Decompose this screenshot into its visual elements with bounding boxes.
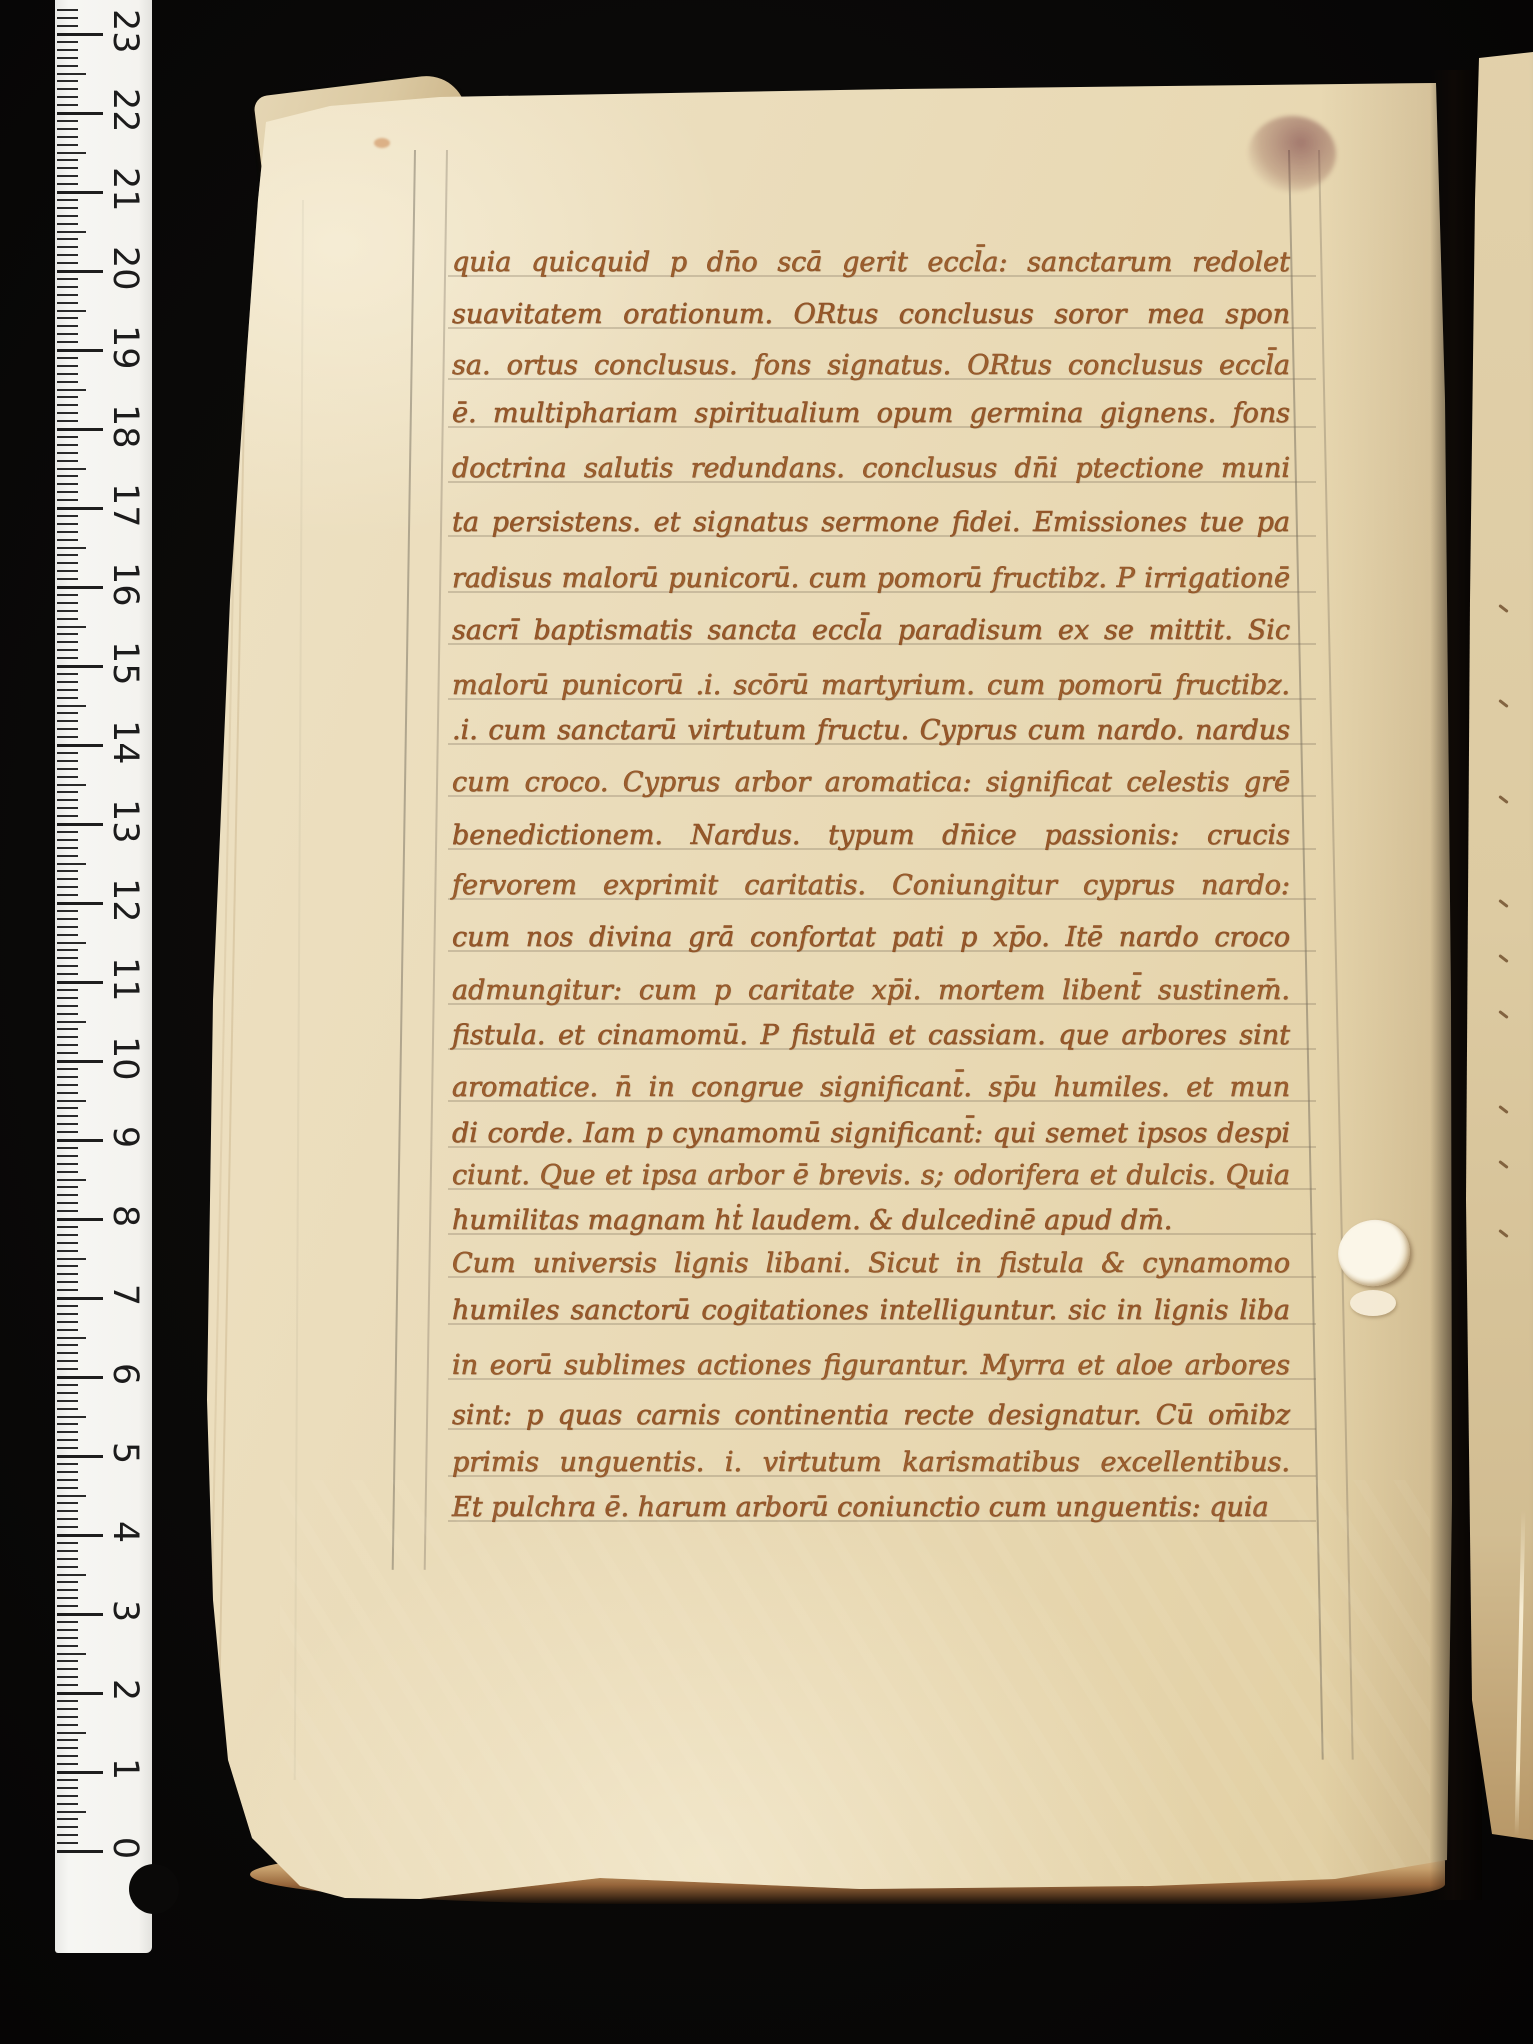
ruler-tick — [57, 1408, 78, 1410]
ruler-tick — [57, 65, 78, 67]
ruler-tick — [57, 1668, 78, 1670]
ruler-number: 4 — [105, 1510, 145, 1554]
ruler-tick — [57, 136, 78, 138]
ruler-tick — [57, 199, 78, 201]
ruler-number: 23 — [105, 9, 145, 53]
ruler-number: 18 — [105, 404, 145, 448]
ruler-tick — [57, 1581, 78, 1583]
ruler-tick — [57, 1321, 78, 1323]
ruler-tick — [57, 1281, 78, 1283]
ruler-tick — [57, 878, 78, 880]
ruler-tick — [57, 902, 103, 905]
ruler-tick — [57, 33, 103, 36]
ruler-tick — [57, 1344, 78, 1346]
parchment-hole — [1332, 1213, 1416, 1293]
ruler-tick — [57, 886, 78, 888]
ruler-tick — [57, 934, 78, 936]
ruler-number: 10 — [105, 1036, 145, 1080]
ruler-tick — [57, 1439, 78, 1441]
ruler-tick — [57, 665, 103, 668]
ruler-tick — [57, 531, 78, 533]
ruler-tick — [57, 1392, 78, 1394]
ruler-tick — [57, 112, 103, 115]
ruler-tick — [57, 1076, 78, 1078]
ruler-tick — [57, 144, 78, 146]
ruler-tick — [57, 594, 78, 596]
ruler-tick — [57, 365, 78, 367]
manuscript-line: ē. multiphariam spiritualium opum germin… — [452, 394, 1290, 440]
ruler-tick — [57, 175, 78, 177]
ruler-number: 15 — [105, 641, 145, 685]
ruler-tick — [57, 1273, 78, 1275]
manuscript-page: quia quicquid p dn̄o scā gerit eccl̄a: s… — [0, 0, 1533, 2044]
ruler-tick — [57, 1542, 78, 1544]
ruler-number: 5 — [105, 1431, 145, 1475]
ink-stain — [1248, 116, 1336, 192]
ruler-tick — [57, 1558, 78, 1560]
ruler-tick — [57, 1431, 78, 1433]
ruler-tick — [57, 1329, 78, 1331]
ruler-tick — [57, 373, 78, 375]
ruler-tick — [57, 104, 78, 106]
ruler-tick — [57, 578, 78, 580]
ruler-tick — [57, 910, 78, 912]
manuscript-line: benedictionem. Nardus. typum dn̄ice pass… — [452, 816, 1290, 862]
ruler-tick — [57, 1629, 78, 1631]
ruler-tick — [57, 17, 78, 19]
ruler-tick — [57, 870, 78, 872]
ruler-tick — [57, 626, 86, 628]
ruler-tick — [57, 1100, 86, 1102]
ruler-tick — [57, 128, 78, 130]
ruler-tick — [57, 1186, 78, 1188]
ruler-tick — [57, 1811, 86, 1813]
ruler-tick — [57, 167, 78, 169]
ruler-tick — [57, 1526, 78, 1528]
ruler-tick — [57, 1787, 78, 1789]
ruler-tick — [57, 633, 78, 635]
ruler-tick — [57, 491, 78, 493]
ruler-tick — [57, 1147, 78, 1149]
ruler-tick — [57, 863, 86, 865]
ruler-tick — [57, 720, 78, 722]
manuscript-line: Cum universis lignis libani. Sicut in fi… — [452, 1244, 1290, 1290]
ruler-tick — [57, 1795, 78, 1797]
ruler-tick — [57, 1518, 78, 1520]
ruler-tick — [57, 1747, 78, 1749]
ruler-number: 22 — [105, 88, 145, 132]
ruler-tick — [57, 618, 78, 620]
ruler-tick — [57, 341, 78, 343]
ruler-tick — [57, 1779, 78, 1781]
ruler-tick — [57, 460, 78, 462]
ruler-tick — [57, 1194, 78, 1196]
ruler-tick — [57, 317, 78, 319]
ruler-tick — [57, 404, 78, 406]
ruler-tick — [57, 918, 78, 920]
ruler-tick — [57, 444, 78, 446]
ruler-tick — [57, 1447, 78, 1449]
ruler-number: 11 — [105, 957, 145, 1001]
ruler-tick — [57, 1265, 78, 1267]
ruler-tick — [57, 1676, 78, 1678]
ruler-tick — [57, 41, 78, 43]
ruler-tick — [57, 1732, 86, 1734]
manuscript-line: quia quicquid p dn̄o scā gerit eccl̄a: s… — [452, 243, 1290, 289]
ruler-tick — [57, 80, 78, 82]
ruler-tick — [57, 333, 78, 335]
ruler-tick — [57, 839, 78, 841]
ruler-tick — [57, 412, 78, 414]
ruler-tick — [57, 88, 78, 90]
ruler-tick — [57, 1337, 86, 1339]
ruler-tick — [57, 1131, 78, 1133]
ruler-tick — [57, 1352, 78, 1354]
ruler-tick — [57, 562, 78, 564]
ruler-tick — [57, 1692, 103, 1695]
ruler-number: 14 — [105, 720, 145, 764]
ruler-tick — [57, 1739, 78, 1741]
manuscript-line: admungitur: cum p caritate xp̄i. mortem … — [452, 971, 1290, 1017]
ruler-tick — [57, 1660, 78, 1662]
parchment-patch — [1350, 1290, 1396, 1316]
ruler-notch — [129, 1864, 179, 1914]
ruler-tick — [57, 1313, 78, 1315]
ruler-tick — [57, 1637, 78, 1639]
ruler-tick — [57, 1605, 78, 1607]
ruler-tick — [57, 1495, 86, 1497]
ruler-tick — [57, 965, 78, 967]
manuscript-line: sint: p quas carnis continentia recte de… — [452, 1396, 1290, 1442]
ruler-tick — [57, 657, 78, 659]
ruler-tick — [57, 1139, 103, 1142]
ruler-tick — [57, 310, 86, 312]
ruler-tick — [57, 223, 78, 225]
ruler-tick — [57, 1566, 78, 1568]
ruler-tick — [57, 981, 103, 984]
ruler-tick — [57, 207, 78, 209]
manuscript-line: in eorū sublimes actiones figurantur. My… — [452, 1346, 1290, 1392]
ruler-tick — [57, 649, 78, 651]
ruler-tick — [57, 705, 86, 707]
ruler-tick — [57, 1700, 78, 1702]
ruler-tick — [57, 1455, 103, 1458]
ruler-number: 7 — [105, 1273, 145, 1317]
ruler-tick — [57, 1368, 78, 1370]
manuscript-line: radisus malorū punicorū. cum pomorū fruc… — [452, 559, 1290, 605]
ruler-tick — [57, 183, 78, 185]
ruler-tick — [57, 1834, 78, 1836]
ruler-tick — [57, 396, 78, 398]
ruler-tick — [57, 523, 78, 525]
photo-stage: quia quicquid p dn̄o scā gerit eccl̄a: s… — [0, 0, 1533, 2044]
ruler-tick — [57, 1471, 78, 1473]
ruler-tick — [57, 483, 78, 485]
ruler-tick — [57, 1826, 78, 1828]
ruler-tick — [57, 1724, 78, 1726]
ruler-number: 1 — [105, 1747, 145, 1791]
ruler-tick — [57, 152, 86, 154]
ruler-tick — [57, 1534, 103, 1537]
ruler-number: 9 — [105, 1115, 145, 1159]
ruler-tick — [57, 673, 78, 675]
ruler-tick — [57, 475, 78, 477]
ruler-tick — [57, 1550, 78, 1552]
ruler-tick — [57, 1502, 78, 1504]
ruler-tick — [57, 847, 78, 849]
ruler-tick — [57, 1613, 103, 1616]
manuscript-line: aromatice. n̄ in congrue significant̄. s… — [452, 1068, 1290, 1114]
ruler-tick — [57, 1258, 86, 1260]
ruler-tick — [57, 507, 103, 510]
ruler-tick — [57, 254, 78, 256]
ruler-tick — [57, 1123, 78, 1125]
ruler-tick — [57, 1171, 78, 1173]
ruler-tick — [57, 246, 78, 248]
ruler-tick — [57, 1210, 78, 1212]
ruler-tick — [57, 420, 78, 422]
ruler-tick — [57, 926, 78, 928]
manuscript-line: ta persistens. et signatus sermone fidei… — [452, 503, 1290, 549]
ruler-tick — [57, 9, 78, 11]
ruler-tick — [57, 815, 78, 817]
ruler-number: 21 — [105, 167, 145, 211]
ruler: 01234567891011121314151617181920212223 — [55, 0, 152, 1953]
ruler-tick — [57, 1597, 78, 1599]
ruler-tick — [57, 855, 78, 857]
ruler-tick — [57, 215, 78, 217]
manuscript-line: sa. ortus conclusus. fons signatus. ORtu… — [452, 346, 1290, 392]
manuscript-line: cum croco. Cyprus arbor aromatica: signi… — [452, 763, 1290, 809]
ruler-tick — [57, 1360, 78, 1362]
ruler-tick — [57, 1487, 78, 1489]
ruler-tick — [57, 570, 78, 572]
ruler-number: 12 — [105, 878, 145, 922]
ruler-tick — [57, 681, 78, 683]
manuscript-line: fervorem exprimit caritatis. Coniungitur… — [452, 866, 1290, 912]
ruler-tick — [57, 499, 78, 501]
ruler-number: 6 — [105, 1352, 145, 1396]
ruler-tick — [57, 539, 78, 541]
ruler-tick — [57, 973, 78, 975]
ruler-tick — [57, 1645, 78, 1647]
ruler-tick — [57, 389, 86, 391]
ruler-tick — [57, 270, 103, 273]
ruler-tick — [57, 286, 78, 288]
manuscript-line: suavitatem orationum. ORtus conclusus so… — [452, 295, 1290, 341]
manuscript-line: di corde. Iam p cynamomū significant̄: q… — [452, 1114, 1290, 1160]
ruler-tick — [57, 96, 78, 98]
ruler-tick — [57, 1115, 78, 1117]
manuscript-line: cum nos divina grā confortat pati p xp̄o… — [452, 918, 1290, 964]
ruler-tick — [57, 1574, 86, 1576]
ruler-tick — [57, 231, 86, 233]
ruler-tick — [57, 1653, 86, 1655]
ruler-tick — [57, 238, 78, 240]
ruler-tick — [57, 1763, 78, 1765]
manuscript-line: doctrina salutis redundans. conclusus dn… — [452, 449, 1290, 495]
ruler-tick — [57, 760, 78, 762]
ruler-tick — [57, 752, 78, 754]
ruler-tick — [57, 744, 103, 747]
ruler-tick — [57, 1376, 103, 1379]
ruler-tick — [57, 325, 78, 327]
ruler-tick — [57, 547, 86, 549]
ruler-tick — [57, 1384, 78, 1386]
manuscript-line: ciunt. Que et ipsa arbor ē brevis. s; od… — [452, 1156, 1290, 1202]
ruler-tick — [57, 784, 86, 786]
ruler-tick — [57, 942, 86, 944]
ruler-number: 0 — [105, 1826, 145, 1870]
ruler-tick — [57, 1621, 78, 1623]
ruler-tick — [57, 1589, 78, 1591]
ruler-tick — [57, 1242, 78, 1244]
ruler-tick — [57, 357, 78, 359]
ruler-tick — [57, 1479, 78, 1481]
ruler-number: 2 — [105, 1668, 145, 1712]
ruler-tick — [57, 120, 78, 122]
ruler-tick — [57, 768, 78, 770]
ruler-tick — [57, 1052, 78, 1054]
ruler-tick — [57, 1163, 78, 1165]
ruler-tick — [57, 689, 78, 691]
ruler-tick — [57, 997, 78, 999]
margin-stain — [374, 138, 390, 148]
ruler-tick — [57, 1510, 78, 1512]
ruler-tick — [57, 57, 78, 59]
ruler-tick — [57, 736, 78, 738]
ruler-tick — [57, 1234, 78, 1236]
ruler-tick — [57, 823, 103, 826]
ruler-tick — [57, 894, 78, 896]
ruler-tick — [57, 1755, 78, 1757]
ruler-tick — [57, 1305, 78, 1307]
ruler-tick — [57, 436, 78, 438]
ruler-number: 8 — [105, 1194, 145, 1238]
ruler-tick — [57, 776, 78, 778]
ruler-tick — [57, 1202, 78, 1204]
ruler-tick — [57, 989, 78, 991]
ruler-tick — [57, 1289, 78, 1291]
ruler-tick — [57, 1463, 78, 1465]
ruler-tick — [57, 1092, 78, 1094]
ruler-tick — [57, 515, 78, 517]
ruler-tick — [57, 1818, 78, 1820]
manuscript-line: malorū punicorū .i. scōrū martyrium. cum… — [452, 666, 1290, 712]
ruler-tick — [57, 73, 86, 75]
ruler-number: 17 — [105, 483, 145, 527]
ruler-tick — [57, 586, 103, 589]
ruler-tick — [57, 1708, 78, 1710]
ruler-number: 13 — [105, 799, 145, 843]
ruler-tick — [57, 1060, 103, 1063]
ruler-tick — [57, 949, 78, 951]
ruler-tick — [57, 712, 78, 714]
ruler-tick — [57, 1684, 78, 1686]
ruler-tick — [57, 957, 78, 959]
ruler-tick — [57, 1850, 103, 1853]
fore-edge-line — [207, 200, 242, 1760]
manuscript-line: humiles sanctorū cogitationes intelligun… — [452, 1291, 1290, 1337]
ruler-tick — [57, 728, 78, 730]
ruler-tick — [57, 381, 78, 383]
ruler-tick — [57, 602, 78, 604]
ruler-tick — [57, 554, 78, 556]
manuscript-line: fistula. et cinamomū. P fistulā et cassi… — [452, 1016, 1290, 1062]
ruler-tick — [57, 468, 86, 470]
fore-edge-line — [217, 150, 250, 1790]
ruler-tick — [57, 807, 78, 809]
ruler-tick — [57, 49, 78, 51]
manuscript-line: humilitas magnam hṫ laudem. & dulcedinē … — [452, 1201, 1290, 1247]
ruler-tick — [57, 1044, 78, 1046]
ruler-tick — [57, 697, 78, 699]
ruler-tick — [57, 1013, 78, 1015]
ruler-tick — [57, 1005, 78, 1007]
ruler-tick — [57, 799, 78, 801]
ruler-tick — [57, 1021, 86, 1023]
ruler-tick — [57, 1218, 103, 1221]
ruler-tick — [57, 159, 78, 161]
ruler-tick — [57, 1842, 78, 1844]
parchment-sheen — [280, 1480, 1430, 1880]
ruler-tick — [57, 791, 78, 793]
ruler-tick — [57, 641, 78, 643]
ruler-tick — [57, 302, 78, 304]
ruler-tick — [57, 452, 78, 454]
ruler-tick — [57, 1716, 78, 1718]
ruler-tick — [57, 1771, 103, 1774]
ruler-tick — [57, 1036, 78, 1038]
ruler-number: 19 — [105, 325, 145, 369]
manuscript-line: sacrī baptismatis sancta eccl̄a paradisu… — [452, 611, 1290, 657]
ruler-tick — [57, 1250, 78, 1252]
ruler-tick — [57, 1803, 78, 1805]
ruler-tick — [57, 1028, 78, 1030]
ruler-tick — [57, 1068, 78, 1070]
ruler-tick — [57, 1416, 86, 1418]
ruler-tick — [57, 1107, 78, 1109]
ruler-tick — [57, 25, 78, 27]
ruler-tick — [57, 1226, 78, 1228]
ruler-tick — [57, 1179, 86, 1181]
ruler-tick — [57, 349, 103, 352]
ruler-tick — [57, 262, 78, 264]
ruler-number: 16 — [105, 562, 145, 606]
vertical-ruling-line — [392, 150, 416, 1570]
ruler-tick — [57, 428, 103, 431]
ruler-tick — [57, 191, 103, 194]
ruler-tick — [57, 1400, 78, 1402]
vertical-ruling-line — [424, 150, 448, 1570]
ruler-tick — [57, 294, 78, 296]
ruler-number: 20 — [105, 246, 145, 290]
ruler-tick — [57, 278, 78, 280]
manuscript-line: .i. cum sanctarū virtutum fructu. Cyprus… — [452, 711, 1290, 757]
ruler-tick — [57, 1155, 78, 1157]
ruler-tick — [57, 831, 78, 833]
ruler-tick — [57, 610, 78, 612]
ruler-number: 3 — [105, 1589, 145, 1633]
ruler-tick — [57, 1084, 78, 1086]
ruler-tick — [57, 1423, 78, 1425]
ruler-tick — [57, 1297, 103, 1300]
